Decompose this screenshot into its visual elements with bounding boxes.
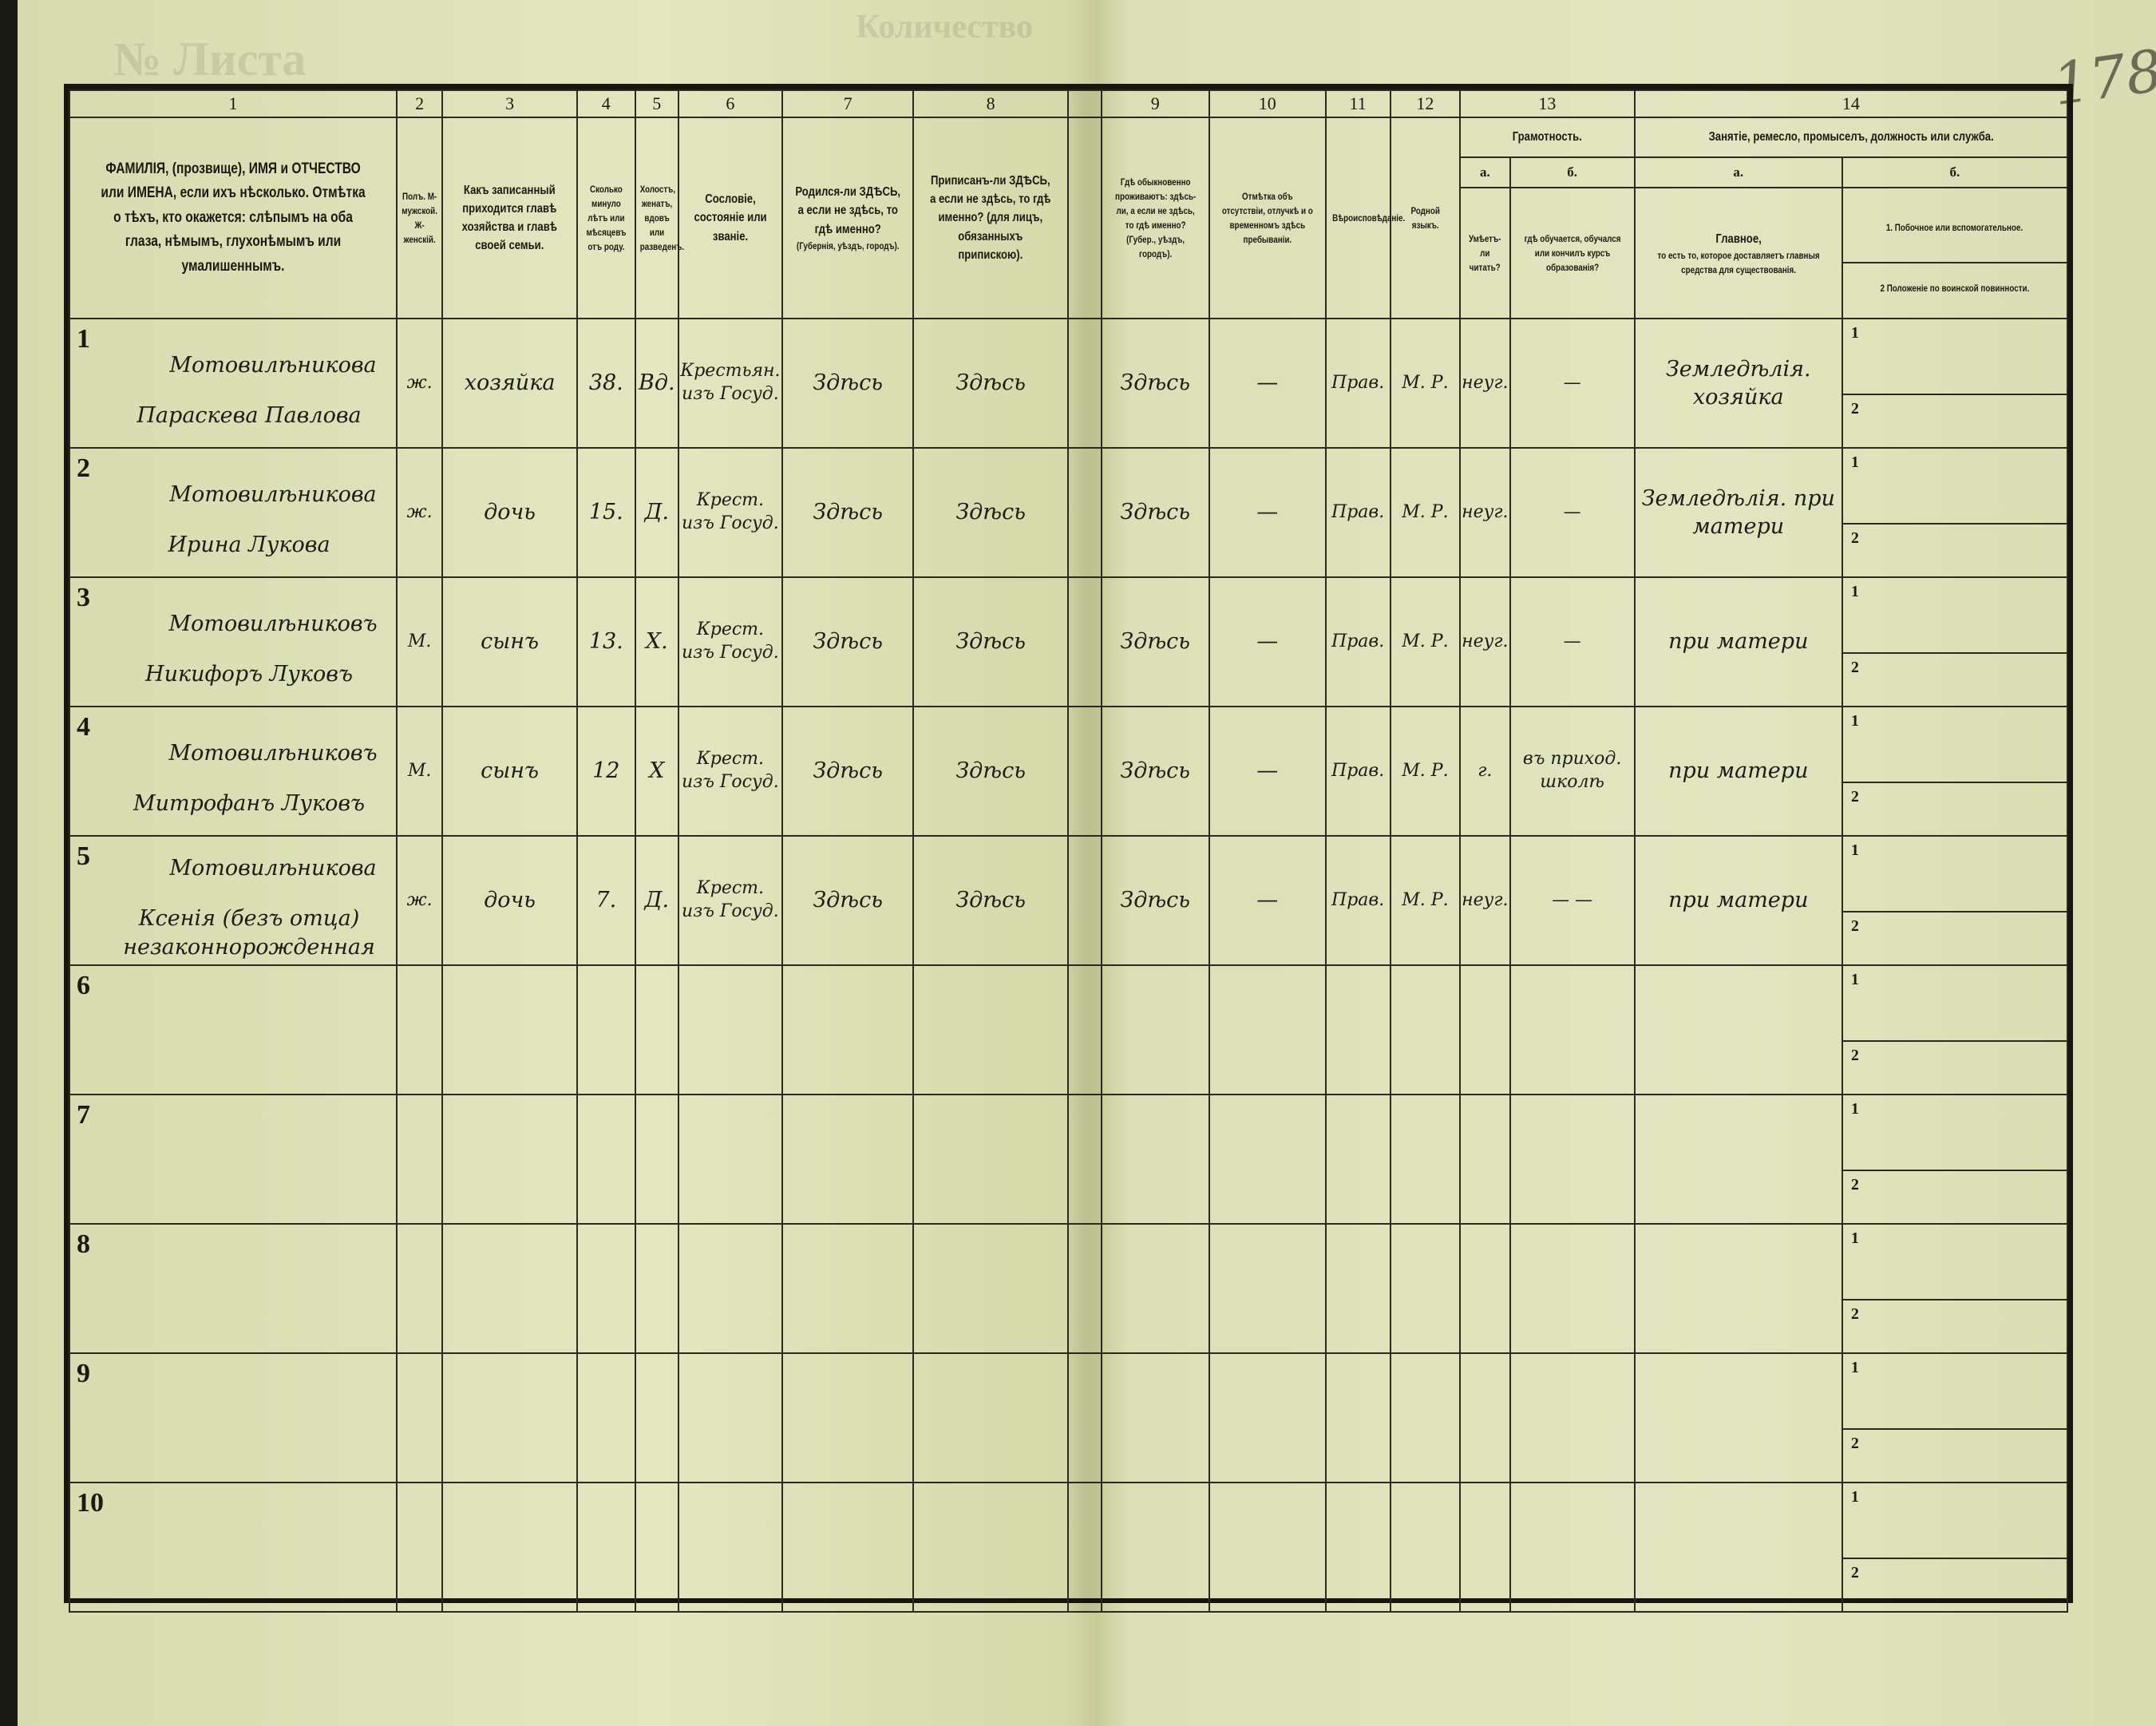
cell-relation[interactable]: [442, 1353, 577, 1483]
given-name: Митрофанъ Луковъ: [102, 790, 396, 817]
cell-literate[interactable]: [1460, 1483, 1509, 1612]
cell-estate[interactable]: [678, 1483, 782, 1612]
cell-side-military[interactable]: 1 2: [1842, 577, 2067, 707]
census-form-table: 1 2 3 4 5 6 7 8 9 10 11 12 13 14 ФАМИЛІЯ…: [64, 84, 2073, 1603]
gutter: [1068, 836, 1102, 965]
header-main-occupation-title: Главное,: [1654, 230, 1823, 248]
cell-resides[interactable]: [1102, 965, 1209, 1095]
estate-value: Крестьян. изъ Госуд.: [680, 361, 780, 404]
col-num-6: 6: [678, 90, 782, 117]
cell-side-military[interactable]: 1 2: [1842, 707, 2067, 836]
cell-religion[interactable]: Прав.: [1326, 707, 1391, 836]
table-row: 2 Мотовилѣникова Ирина Лукова ж. дочь 15…: [69, 448, 2067, 577]
cell-marital[interactable]: Вд.: [635, 319, 678, 448]
gutter: [1068, 1353, 1102, 1483]
literate-value: неуг.: [1462, 890, 1508, 910]
cell-estate[interactable]: Крест. изъ Госуд.: [678, 577, 782, 707]
cell-age[interactable]: 38.: [577, 319, 635, 448]
cell-literate[interactable]: неуг.: [1460, 448, 1509, 577]
cell-side-military[interactable]: 1 2: [1842, 1353, 2067, 1483]
cell-born[interactable]: Здѣсь: [782, 577, 913, 707]
religion-value: Прав.: [1331, 761, 1384, 781]
military-slot[interactable]: 2: [1843, 654, 2067, 706]
cell-literate[interactable]: [1460, 1095, 1509, 1224]
cell-resides[interactable]: Здѣсь: [1102, 836, 1209, 965]
col-num-9: 9: [1102, 90, 1209, 117]
cell-schooling[interactable]: —: [1510, 577, 1635, 707]
cell-sex[interactable]: [397, 1224, 442, 1353]
cell-relation[interactable]: хозяйка: [442, 319, 577, 448]
cell-absence[interactable]: —: [1209, 707, 1326, 836]
sex-value: ж.: [407, 890, 433, 910]
cell-sex[interactable]: М.: [397, 707, 442, 836]
cell-occupation[interactable]: Земледѣлія. хозяйка: [1635, 319, 1842, 448]
cell-relation[interactable]: сынъ: [442, 707, 577, 836]
side-occupation-slot[interactable]: 1: [1843, 966, 2067, 1042]
cell-name[interactable]: 7: [69, 1095, 397, 1224]
side-occupation-slot[interactable]: 1: [1843, 837, 2067, 912]
cell-marital[interactable]: [635, 965, 678, 1095]
gutter: [1068, 707, 1102, 836]
cell-relation[interactable]: [442, 1095, 577, 1224]
cell-marital[interactable]: Д.: [635, 448, 678, 577]
language-value: М. Р.: [1402, 631, 1448, 651]
estate-value: Крест. изъ Госуд.: [682, 878, 779, 921]
cell-marital[interactable]: Х: [635, 707, 678, 836]
cell-estate[interactable]: [678, 965, 782, 1095]
cell-relation[interactable]: [442, 1224, 577, 1353]
absence-value: —: [1256, 888, 1278, 912]
cell-registered[interactable]: Здѣсь: [913, 319, 1068, 448]
cell-sex[interactable]: ж.: [397, 448, 442, 577]
row-number: 5: [77, 841, 90, 872]
cell-schooling[interactable]: въ приход. школѣ: [1510, 707, 1635, 836]
cell-resides[interactable]: [1102, 1224, 1209, 1353]
cell-absence[interactable]: [1209, 1224, 1326, 1353]
census-table: 1 2 3 4 5 6 7 8 9 10 11 12 13 14 ФАМИЛІЯ…: [69, 89, 2068, 1613]
cell-occupation[interactable]: Земледѣлія. при матери: [1635, 448, 1842, 577]
side-occupation-slot[interactable]: 1: [1843, 1095, 2067, 1171]
header-schooling: гдѣ обучается, обучался или кончилъ курс…: [1521, 232, 1622, 275]
relation-value: дочь: [484, 888, 536, 912]
gutter: [1068, 965, 1102, 1095]
column-number-row: 1 2 3 4 5 6 7 8 9 10 11 12 13 14: [69, 90, 2067, 117]
cell-schooling[interactable]: —: [1510, 448, 1635, 577]
cell-schooling[interactable]: — —: [1510, 836, 1635, 965]
cell-born[interactable]: [782, 1224, 913, 1353]
side-occupation-slot[interactable]: 1: [1843, 1225, 2067, 1300]
col-num-3: 3: [442, 90, 577, 117]
cell-literate[interactable]: неуг.: [1460, 319, 1509, 448]
cell-schooling[interactable]: [1510, 965, 1635, 1095]
cell-name[interactable]: 9: [69, 1353, 397, 1483]
cell-age[interactable]: 12: [577, 707, 635, 836]
born-value: Здѣсь: [813, 888, 883, 912]
surname: Мотовилѣникова: [102, 854, 396, 882]
cell-estate[interactable]: [678, 1353, 782, 1483]
marital-value: Вд.: [639, 370, 675, 395]
cell-schooling[interactable]: [1510, 1353, 1635, 1483]
occupation-value: при матери: [1668, 758, 1808, 783]
cell-absence[interactable]: —: [1209, 319, 1326, 448]
cell-occupation[interactable]: [1635, 1483, 1842, 1612]
header-occupation-a: а.: [1635, 157, 1842, 188]
sex-value: ж.: [407, 373, 433, 393]
cell-literate[interactable]: [1460, 1224, 1509, 1353]
gutter: [1068, 448, 1102, 577]
gutter: [1068, 1095, 1102, 1224]
cell-resides[interactable]: [1102, 1095, 1209, 1224]
side-occupation-slot[interactable]: 1: [1843, 707, 2067, 783]
cell-language[interactable]: [1391, 1483, 1460, 1612]
cell-age[interactable]: 15.: [577, 448, 635, 577]
military-slot[interactable]: 2: [1843, 783, 2067, 835]
religion-value: Прав.: [1331, 890, 1384, 910]
cell-born[interactable]: [782, 1353, 913, 1483]
cell-language[interactable]: М. Р.: [1391, 707, 1460, 836]
header-language: Родной языкъ.: [1397, 204, 1453, 232]
cell-age[interactable]: 13.: [577, 577, 635, 707]
table-row: 10 1 2: [69, 1483, 2067, 1612]
given-name: Никифоръ Луковъ: [102, 660, 396, 688]
cell-occupation[interactable]: при матери: [1635, 836, 1842, 965]
cell-born[interactable]: [782, 965, 913, 1095]
age-value: 12: [592, 758, 619, 783]
cell-sex[interactable]: ж.: [397, 836, 442, 965]
cell-born[interactable]: [782, 1095, 913, 1224]
relation-value: хозяйка: [465, 370, 556, 395]
religion-value: Прав.: [1331, 373, 1384, 393]
cell-estate[interactable]: Крестьян. изъ Госуд.: [678, 319, 782, 448]
cell-religion[interactable]: [1326, 1353, 1391, 1483]
header-military: 2 Положеніе по воинской повинности.: [1881, 281, 2030, 295]
cell-name[interactable]: 4 Мотовилѣниковъ Митрофанъ Луковъ: [69, 707, 397, 836]
language-value: М. Р.: [1402, 502, 1448, 522]
cell-registered[interactable]: Здѣсь: [913, 707, 1068, 836]
surname: Мотовилѣниковъ: [102, 610, 396, 638]
row-number: 9: [77, 1359, 90, 1389]
registered-value: Здѣсь: [955, 758, 1026, 783]
cell-schooling[interactable]: [1510, 1095, 1635, 1224]
cell-resides[interactable]: Здѣсь: [1102, 319, 1209, 448]
cell-born[interactable]: [782, 1483, 913, 1612]
cell-resides[interactable]: Здѣсь: [1102, 448, 1209, 577]
cell-registered[interactable]: [913, 965, 1068, 1095]
cell-relation[interactable]: [442, 1483, 577, 1612]
side-occupation-slot[interactable]: 1: [1843, 578, 2067, 654]
resides-value: Здѣсь: [1120, 888, 1190, 912]
cell-name[interactable]: 6: [69, 965, 397, 1095]
table-row: 5 Мотовилѣникова Ксенія (безъ отца) неза…: [69, 836, 2067, 965]
sex-value: М.: [408, 761, 432, 781]
cell-absence[interactable]: —: [1209, 577, 1326, 707]
resides-value: Здѣсь: [1120, 629, 1190, 654]
sex-value: ж.: [407, 502, 433, 522]
header-sex: Полъ. М-мужской. Ж-женскій.: [402, 189, 437, 247]
military-slot[interactable]: 2: [1843, 395, 2067, 447]
cell-age[interactable]: [577, 1353, 635, 1483]
row-number: 1: [77, 324, 90, 354]
cell-born[interactable]: Здѣсь: [782, 707, 913, 836]
side-occupation-slot[interactable]: 1: [1843, 1483, 2067, 1559]
cell-occupation[interactable]: при матери: [1635, 577, 1842, 707]
cell-marital[interactable]: Д.: [635, 836, 678, 965]
cell-resides[interactable]: Здѣсь: [1102, 577, 1209, 707]
language-value: М. Р.: [1402, 890, 1448, 910]
side-occupation-slot[interactable]: 1: [1843, 449, 2067, 525]
gutter: [1068, 577, 1102, 707]
cell-schooling[interactable]: —: [1510, 319, 1635, 448]
absence-value: —: [1256, 370, 1278, 395]
cell-side-military[interactable]: 1 2: [1842, 836, 2067, 965]
born-value: Здѣсь: [813, 500, 883, 525]
table-row: 3 Мотовилѣниковъ Никифоръ Луковъ М. сынъ…: [69, 577, 2067, 707]
cell-language[interactable]: [1391, 965, 1460, 1095]
cell-sex[interactable]: [397, 1095, 442, 1224]
cell-religion[interactable]: Прав.: [1326, 577, 1391, 707]
col-num-5: 5: [635, 90, 678, 117]
relation-value: сынъ: [481, 629, 539, 654]
given-name: Ксенія (безъ отца) незаконнорожденная: [102, 905, 396, 960]
header-registered: Приписанъ-ли ЗДѢСЬ, а если не здѣсь, то …: [928, 172, 1054, 264]
sex-value: М.: [408, 631, 432, 651]
side-occupation-slot[interactable]: 1: [1843, 1354, 2067, 1430]
cell-religion[interactable]: Прав.: [1326, 448, 1391, 577]
cell-relation[interactable]: сынъ: [442, 577, 577, 707]
cell-literate[interactable]: г.: [1460, 707, 1509, 836]
age-value: 7.: [595, 888, 616, 912]
col-num-1: 1: [69, 90, 397, 117]
military-slot[interactable]: 2: [1843, 1042, 2067, 1094]
schooling-value: —: [1564, 373, 1581, 393]
cell-relation[interactable]: дочь: [442, 448, 577, 577]
cell-registered[interactable]: Здѣсь: [913, 448, 1068, 577]
cell-language[interactable]: М. Р.: [1391, 448, 1460, 577]
faint-stamp-left: № Листа: [113, 32, 306, 87]
religion-value: Прав.: [1331, 502, 1384, 522]
cell-schooling[interactable]: [1510, 1483, 1635, 1612]
cell-religion[interactable]: [1326, 1224, 1391, 1353]
cell-literate[interactable]: неуг.: [1460, 836, 1509, 965]
header-relation: Какъ записанный приходится главѣ хозяйст…: [455, 181, 564, 255]
cell-occupation[interactable]: [1635, 1224, 1842, 1353]
cell-marital[interactable]: [635, 1095, 678, 1224]
cell-side-military[interactable]: 1 2: [1842, 965, 2067, 1095]
header-born: Родился-ли ЗДѢСЬ, а если не здѣсь, то гд…: [795, 183, 901, 239]
cell-marital[interactable]: Х.: [635, 577, 678, 707]
header-side-occupation: 1. Побочное или вспомогательное.: [1886, 220, 2023, 235]
registered-value: Здѣсь: [955, 370, 1026, 395]
cell-schooling[interactable]: [1510, 1224, 1635, 1353]
cell-religion[interactable]: [1326, 1483, 1391, 1612]
col-num-13: 13: [1460, 90, 1635, 117]
military-slot[interactable]: 2: [1843, 1559, 2067, 1611]
cell-age[interactable]: [577, 965, 635, 1095]
header-marital: Холостъ, женатъ, вдовъ или разведенъ.: [639, 182, 674, 254]
cell-sex[interactable]: М.: [397, 577, 442, 707]
cell-language[interactable]: М. Р.: [1391, 836, 1460, 965]
cell-name[interactable]: 1 Мотовилѣникова Параскева Павлова: [69, 319, 397, 448]
cell-age[interactable]: [577, 1483, 635, 1612]
cell-name[interactable]: 2 Мотовилѣникова Ирина Лукова: [69, 448, 397, 577]
absence-value: —: [1256, 758, 1278, 783]
born-value: Здѣсь: [813, 370, 883, 395]
cell-absence[interactable]: [1209, 1483, 1326, 1612]
cell-side-military[interactable]: 1 2: [1842, 448, 2067, 577]
cell-age[interactable]: [577, 1095, 635, 1224]
header-can-read: Умѣетъ-ли читать?: [1466, 232, 1505, 275]
gutter: [1068, 90, 1102, 117]
cell-sex[interactable]: [397, 1353, 442, 1483]
gutter: [1068, 1224, 1102, 1353]
cell-registered[interactable]: [913, 1224, 1068, 1353]
cell-born[interactable]: Здѣсь: [782, 448, 913, 577]
cell-language[interactable]: [1391, 1095, 1460, 1224]
age-value: 15.: [589, 500, 623, 525]
cell-religion[interactable]: Прав.: [1326, 319, 1391, 448]
cell-absence[interactable]: [1209, 965, 1326, 1095]
cell-age[interactable]: [577, 1224, 635, 1353]
cell-language[interactable]: [1391, 1224, 1460, 1353]
surname: Мотовилѣниковъ: [102, 739, 396, 767]
cell-marital[interactable]: [635, 1353, 678, 1483]
header-estate: Сословіе, состояніе или званіе.: [688, 190, 772, 246]
cell-religion[interactable]: [1326, 1095, 1391, 1224]
resides-value: Здѣсь: [1120, 370, 1190, 395]
cell-estate[interactable]: Крест. изъ Госуд.: [678, 448, 782, 577]
table-row: 8 1 2: [69, 1224, 2067, 1353]
header-name: ФАМИЛІЯ, (прозвище), ИМЯ и ОТЧЕСТВО или …: [100, 157, 367, 279]
cell-name[interactable]: 10: [69, 1483, 397, 1612]
cell-occupation[interactable]: [1635, 1095, 1842, 1224]
header-literacy-b: б.: [1510, 157, 1635, 188]
col-num-12: 12: [1391, 90, 1460, 117]
header-resides-note: (Губер., уѣздъ, городъ).: [1112, 232, 1199, 261]
cell-registered[interactable]: [913, 1095, 1068, 1224]
cell-language[interactable]: М. Р.: [1391, 319, 1460, 448]
cell-side-military[interactable]: 1 2: [1842, 319, 2067, 448]
cell-language[interactable]: М. Р.: [1391, 577, 1460, 707]
col-num-11: 11: [1326, 90, 1391, 117]
cell-language[interactable]: [1391, 1353, 1460, 1483]
cell-resides[interactable]: Здѣсь: [1102, 707, 1209, 836]
cell-resides[interactable]: [1102, 1483, 1209, 1612]
cell-marital[interactable]: [635, 1483, 678, 1612]
literate-value: неуг.: [1462, 631, 1508, 651]
row-number: 7: [77, 1100, 90, 1130]
surname: Мотовилѣникова: [102, 481, 396, 509]
row-number: 2: [77, 453, 90, 484]
row-number: 4: [77, 712, 90, 742]
occupation-value: Земледѣлія. при матери: [1642, 486, 1835, 539]
cell-absence[interactable]: —: [1209, 836, 1326, 965]
gutter: [1068, 319, 1102, 448]
cell-side-military[interactable]: 1 2: [1842, 1483, 2067, 1612]
absence-value: —: [1256, 629, 1278, 654]
side-occupation-slot[interactable]: 1: [1843, 319, 2067, 395]
cell-age[interactable]: 7.: [577, 836, 635, 965]
military-slot[interactable]: 2: [1843, 1300, 2067, 1352]
occupation-value: при матери: [1668, 888, 1808, 912]
row-number: 6: [77, 971, 90, 1001]
cell-sex[interactable]: [397, 965, 442, 1095]
marital-value: Д.: [645, 888, 670, 912]
cell-absence[interactable]: [1209, 1353, 1326, 1483]
literate-value: г.: [1478, 761, 1492, 781]
absence-value: —: [1256, 500, 1278, 525]
cell-side-military[interactable]: 1 2: [1842, 1095, 2067, 1224]
estate-value: Крест. изъ Госуд.: [682, 490, 779, 533]
cell-sex[interactable]: ж.: [397, 319, 442, 448]
schooling-value: въ приход. школѣ: [1523, 749, 1621, 792]
cell-literate[interactable]: [1460, 1353, 1509, 1483]
cell-literate[interactable]: неуг.: [1460, 577, 1509, 707]
cell-born[interactable]: Здѣсь: [782, 319, 913, 448]
cell-registered[interactable]: [913, 1353, 1068, 1483]
cell-absence[interactable]: [1209, 1095, 1326, 1224]
cell-registered[interactable]: Здѣсь: [913, 577, 1068, 707]
cell-occupation[interactable]: при матери: [1635, 707, 1842, 836]
cell-marital[interactable]: [635, 1224, 678, 1353]
cell-born[interactable]: Здѣсь: [782, 836, 913, 965]
cell-religion[interactable]: Прав.: [1326, 836, 1391, 965]
given-name: Параскева Павлова: [102, 402, 396, 430]
literate-value: неуг.: [1462, 502, 1508, 522]
cell-registered[interactable]: [913, 1483, 1068, 1612]
resides-value: Здѣсь: [1120, 758, 1190, 783]
table-row: 4 Мотовилѣниковъ Митрофанъ Луковъ М. сын…: [69, 707, 2067, 836]
resides-value: Здѣсь: [1120, 500, 1190, 525]
military-slot[interactable]: 2: [1843, 525, 2067, 576]
cell-sex[interactable]: [397, 1483, 442, 1612]
cell-relation[interactable]: [442, 965, 577, 1095]
cell-name[interactable]: 8: [69, 1224, 397, 1353]
schooling-value: — —: [1552, 890, 1592, 910]
cell-religion[interactable]: [1326, 965, 1391, 1095]
age-value: 13.: [589, 629, 623, 654]
table-row: 7 1 2: [69, 1095, 2067, 1224]
estate-value: Крест. изъ Госуд.: [682, 620, 779, 663]
cell-estate[interactable]: [678, 1095, 782, 1224]
col-num-10: 10: [1209, 90, 1326, 117]
cell-relation[interactable]: дочь: [442, 836, 577, 965]
col-num-4: 4: [577, 90, 635, 117]
header-main-occupation: то есть то, которое доставляетъ главныя …: [1654, 248, 1823, 277]
cell-literate[interactable]: [1460, 965, 1509, 1095]
military-slot[interactable]: 2: [1843, 1430, 2067, 1482]
military-slot[interactable]: 2: [1843, 912, 2067, 964]
cell-estate[interactable]: Крест. изъ Госуд.: [678, 836, 782, 965]
cell-name[interactable]: 5 Мотовилѣникова Ксенія (безъ отца) неза…: [69, 836, 397, 965]
cell-name[interactable]: 3 Мотовилѣниковъ Никифоръ Луковъ: [69, 577, 397, 707]
cell-occupation[interactable]: [1635, 965, 1842, 1095]
cell-side-military[interactable]: 1 2: [1842, 1224, 2067, 1353]
row-number: 10: [77, 1488, 104, 1518]
registered-value: Здѣсь: [955, 888, 1026, 912]
cell-occupation[interactable]: [1635, 1353, 1842, 1483]
cell-registered[interactable]: Здѣсь: [913, 836, 1068, 965]
marital-value: Д.: [645, 500, 670, 525]
military-slot[interactable]: 2: [1843, 1171, 2067, 1223]
relation-value: сынъ: [481, 758, 539, 783]
cell-resides[interactable]: [1102, 1353, 1209, 1483]
registered-value: Здѣсь: [955, 500, 1026, 525]
cell-estate[interactable]: [678, 1224, 782, 1353]
cell-absence[interactable]: —: [1209, 448, 1326, 577]
cell-estate[interactable]: Крест. изъ Госуд.: [678, 707, 782, 836]
given-name: Ирина Лукова: [102, 531, 396, 559]
marital-value: Х.: [646, 629, 668, 654]
